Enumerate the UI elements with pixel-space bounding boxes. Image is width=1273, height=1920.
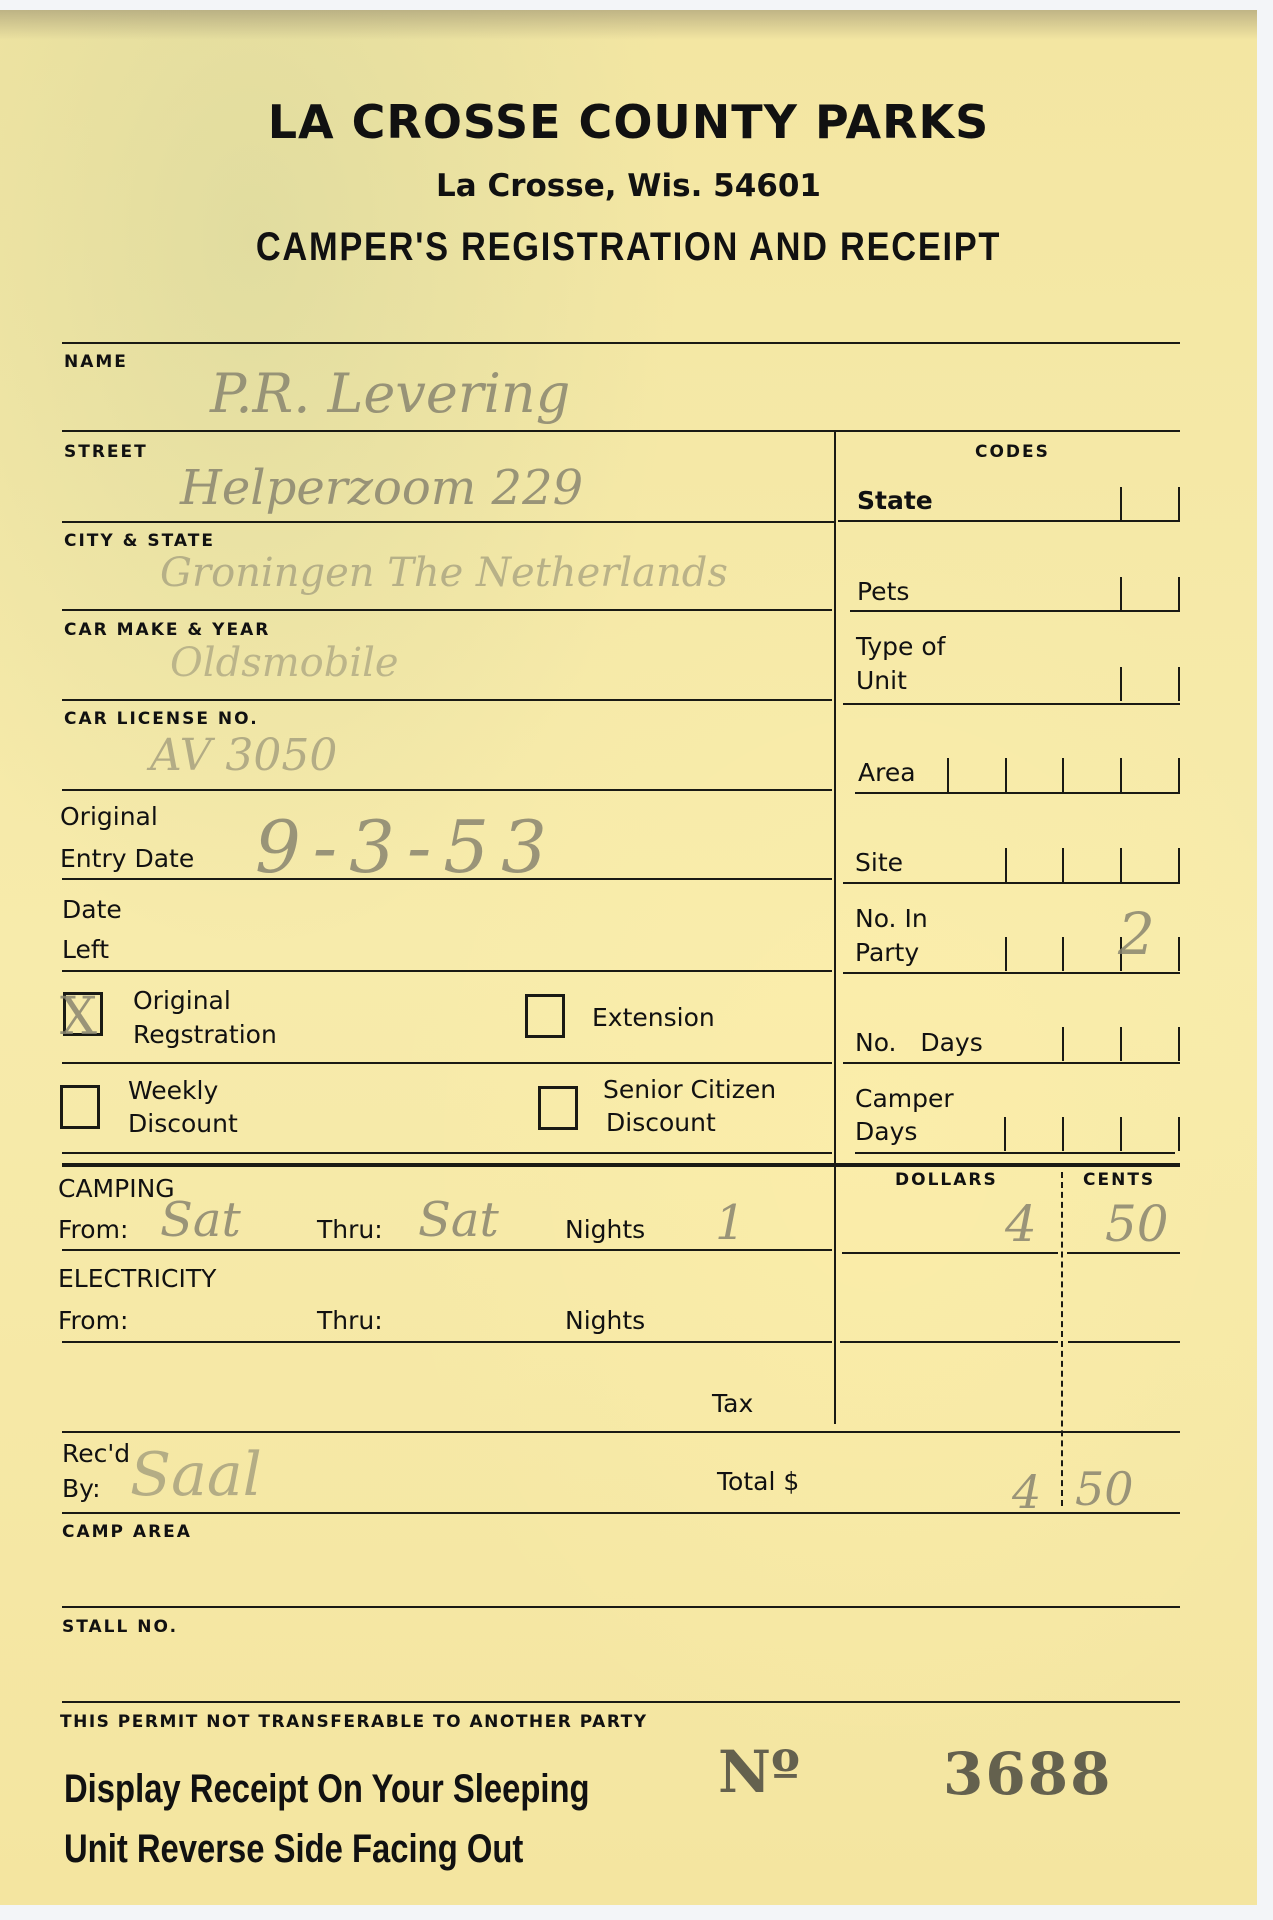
electricity-cents-line bbox=[1068, 1341, 1180, 1343]
camping-dollars-value[interactable]: 4 bbox=[1005, 1195, 1037, 1253]
code-state-line bbox=[838, 520, 1180, 522]
rule-car bbox=[62, 699, 832, 701]
paper-worn-edge bbox=[0, 10, 1257, 40]
recd-by-label-1: Rec'd bbox=[62, 1437, 130, 1471]
code-pets-box-tick bbox=[1178, 577, 1180, 611]
camping-nights-label: Nights bbox=[565, 1213, 645, 1247]
org-address: La Crosse, Wis. 54601 bbox=[0, 168, 1257, 204]
electricity-thru-label: Thru: bbox=[317, 1304, 383, 1338]
code-unit-label-2: Unit bbox=[856, 664, 907, 698]
rule-street bbox=[62, 521, 836, 523]
code-pets-line bbox=[850, 610, 1180, 612]
original-registration-label-1: Original bbox=[133, 984, 231, 1018]
recd-by-value[interactable]: Saal bbox=[130, 1440, 262, 1510]
code-area-box-tick bbox=[1062, 758, 1064, 792]
code-site-box-tick bbox=[1062, 848, 1064, 882]
rule-left bbox=[62, 970, 832, 972]
senior-citizen-checkbox[interactable] bbox=[538, 1086, 578, 1130]
codes-heading: CODES bbox=[975, 442, 1050, 462]
camp-area-label: CAMP AREA bbox=[62, 1522, 192, 1542]
rule-name bbox=[62, 430, 1180, 432]
code-pets-box-tick bbox=[1120, 577, 1122, 611]
camping-thru-label: Thru: bbox=[317, 1213, 383, 1247]
display-instruction-line1: Display Receipt On Your Sleeping bbox=[64, 1767, 590, 1812]
extension-label: Extension bbox=[592, 1001, 715, 1035]
electricity-amount-line bbox=[840, 1341, 1058, 1343]
code-days-box-tick bbox=[1062, 1027, 1064, 1061]
column-divider bbox=[834, 432, 836, 1424]
camping-from-value[interactable]: Sat bbox=[160, 1192, 241, 1248]
code-days-label: No. Days bbox=[855, 1026, 983, 1060]
camping-thru-value[interactable]: Sat bbox=[418, 1192, 499, 1248]
code-area-line bbox=[855, 792, 1180, 794]
cents-heading: CENTS bbox=[1083, 1170, 1155, 1190]
code-party-label-2: Party bbox=[855, 936, 919, 970]
receipt-number-prefix: Nº bbox=[718, 1738, 800, 1806]
code-camper-days-box-tick bbox=[1120, 1117, 1122, 1151]
total-cents-value[interactable]: 50 bbox=[1075, 1462, 1134, 1516]
extension-checkbox[interactable] bbox=[525, 994, 565, 1038]
code-days-box-tick bbox=[1178, 1027, 1180, 1061]
code-area-box-tick bbox=[1005, 758, 1007, 792]
code-party-line bbox=[843, 972, 1180, 974]
code-area-box-tick bbox=[1178, 758, 1180, 792]
org-title: LA CROSSE COUNTY PARKS bbox=[0, 95, 1257, 149]
not-transferable-notice: THIS PERMIT NOT TRANSFERABLE TO ANOTHER … bbox=[60, 1712, 648, 1732]
rule-camp-area bbox=[62, 1606, 1180, 1608]
code-days-box-tick bbox=[1120, 1027, 1122, 1061]
rule-checkbox-1 bbox=[62, 1062, 832, 1064]
weekly-discount-label-2: Discount bbox=[128, 1107, 238, 1141]
code-unit-box-tick bbox=[1120, 667, 1122, 701]
code-state-label: State bbox=[857, 484, 933, 518]
code-camper-days-box-tick bbox=[1004, 1117, 1006, 1151]
city-state-label: CITY & STATE bbox=[64, 531, 215, 551]
weekly-discount-label-1: Weekly bbox=[128, 1074, 218, 1108]
electricity-nights-label: Nights bbox=[565, 1304, 645, 1338]
code-site-box-tick bbox=[1178, 848, 1180, 882]
senior-citizen-label-2: Discount bbox=[606, 1106, 716, 1140]
code-site-line bbox=[843, 882, 1180, 884]
car-license-label: CAR LICENSE NO. bbox=[64, 709, 259, 729]
rule-tax bbox=[62, 1431, 1180, 1433]
date-left-label-1: Date bbox=[62, 893, 122, 927]
date-left-label-2: Left bbox=[62, 933, 109, 967]
code-party-box-tick bbox=[1178, 937, 1180, 971]
code-site-box-tick bbox=[1005, 848, 1007, 882]
code-pets-label: Pets bbox=[857, 575, 909, 609]
recd-by-label-2: By: bbox=[62, 1472, 101, 1506]
code-state-box-tick bbox=[1178, 487, 1180, 521]
weekly-discount-checkbox[interactable] bbox=[60, 1085, 100, 1129]
rule-checkbox-2 bbox=[62, 1152, 832, 1154]
display-instruction-line2: Unit Reverse Side Facing Out bbox=[64, 1827, 523, 1872]
code-camper-days-label-1: Camper bbox=[855, 1082, 954, 1116]
code-camper-days-line bbox=[855, 1152, 1175, 1154]
street-value[interactable]: Helperzoom 229 bbox=[180, 460, 583, 516]
total-dollars-value[interactable]: 4 bbox=[1012, 1465, 1041, 1519]
rule-electricity bbox=[62, 1341, 832, 1343]
car-make-year-value[interactable]: Oldsmobile bbox=[170, 640, 399, 686]
code-party-value[interactable]: 2 bbox=[1118, 900, 1155, 968]
code-area-label: Area bbox=[858, 756, 916, 790]
rule-stall bbox=[62, 1701, 1180, 1703]
car-license-value[interactable]: AV 3050 bbox=[150, 730, 337, 781]
code-days-line bbox=[843, 1062, 1180, 1064]
name-label: NAME bbox=[64, 352, 128, 372]
code-area-box-tick bbox=[1120, 758, 1122, 792]
total-label: Total $ bbox=[717, 1465, 799, 1499]
entry-date-label-1: Original bbox=[60, 800, 158, 834]
entry-date-label-2: Entry Date bbox=[60, 842, 194, 876]
code-unit-label-1: Type of bbox=[856, 630, 945, 664]
form-title: CAMPER'S REGISTRATION AND RECEIPT bbox=[88, 225, 1169, 270]
dollars-cents-divider bbox=[1061, 1172, 1063, 1506]
camping-cents-value[interactable]: 50 bbox=[1105, 1195, 1169, 1253]
dollars-heading: DOLLARS bbox=[895, 1170, 998, 1190]
senior-citizen-label-1: Senior Citizen bbox=[603, 1073, 776, 1107]
camping-nights-value[interactable]: 1 bbox=[715, 1195, 746, 1251]
registration-form-paper bbox=[0, 10, 1257, 1905]
rule-top bbox=[62, 342, 1180, 344]
electricity-from-label: From: bbox=[58, 1304, 128, 1338]
rule-charges-top bbox=[62, 1163, 1180, 1167]
rule-license bbox=[62, 789, 832, 791]
code-area-box-tick bbox=[947, 758, 949, 792]
stall-no-label: STALL NO. bbox=[62, 1617, 178, 1637]
code-party-box-tick bbox=[1062, 937, 1064, 971]
tax-label: Tax bbox=[712, 1387, 753, 1421]
code-camper-days-box-tick bbox=[1178, 1117, 1180, 1151]
rule-city bbox=[62, 609, 832, 611]
camping-from-label: From: bbox=[58, 1213, 128, 1247]
code-unit-box-tick bbox=[1178, 667, 1180, 701]
car-make-year-label: CAR MAKE & YEAR bbox=[64, 620, 270, 640]
code-unit-line bbox=[843, 703, 1180, 705]
code-state-box-tick bbox=[1120, 487, 1122, 521]
code-camper-days-box-tick bbox=[1062, 1117, 1064, 1151]
electricity-heading: ELECTRICITY bbox=[58, 1262, 216, 1296]
code-party-label-1: No. In bbox=[855, 902, 928, 936]
code-camper-days-label-2: Days bbox=[855, 1115, 917, 1149]
name-value[interactable]: P.R. Levering bbox=[210, 362, 570, 425]
code-site-box-tick bbox=[1120, 848, 1122, 882]
city-state-value[interactable]: Groningen The Netherlands bbox=[160, 550, 728, 596]
check-mark: X bbox=[60, 987, 97, 1047]
camping-heading: CAMPING bbox=[58, 1172, 175, 1206]
original-registration-checkbox[interactable]: X bbox=[63, 992, 103, 1036]
entry-date-value[interactable]: 9-3-53 bbox=[255, 805, 559, 889]
original-registration-label-2: Regstration bbox=[133, 1018, 277, 1052]
street-label: STREET bbox=[64, 442, 148, 462]
receipt-number: 3688 bbox=[943, 1740, 1112, 1808]
code-site-label: Site bbox=[855, 846, 903, 880]
code-party-box-tick bbox=[1005, 937, 1007, 971]
